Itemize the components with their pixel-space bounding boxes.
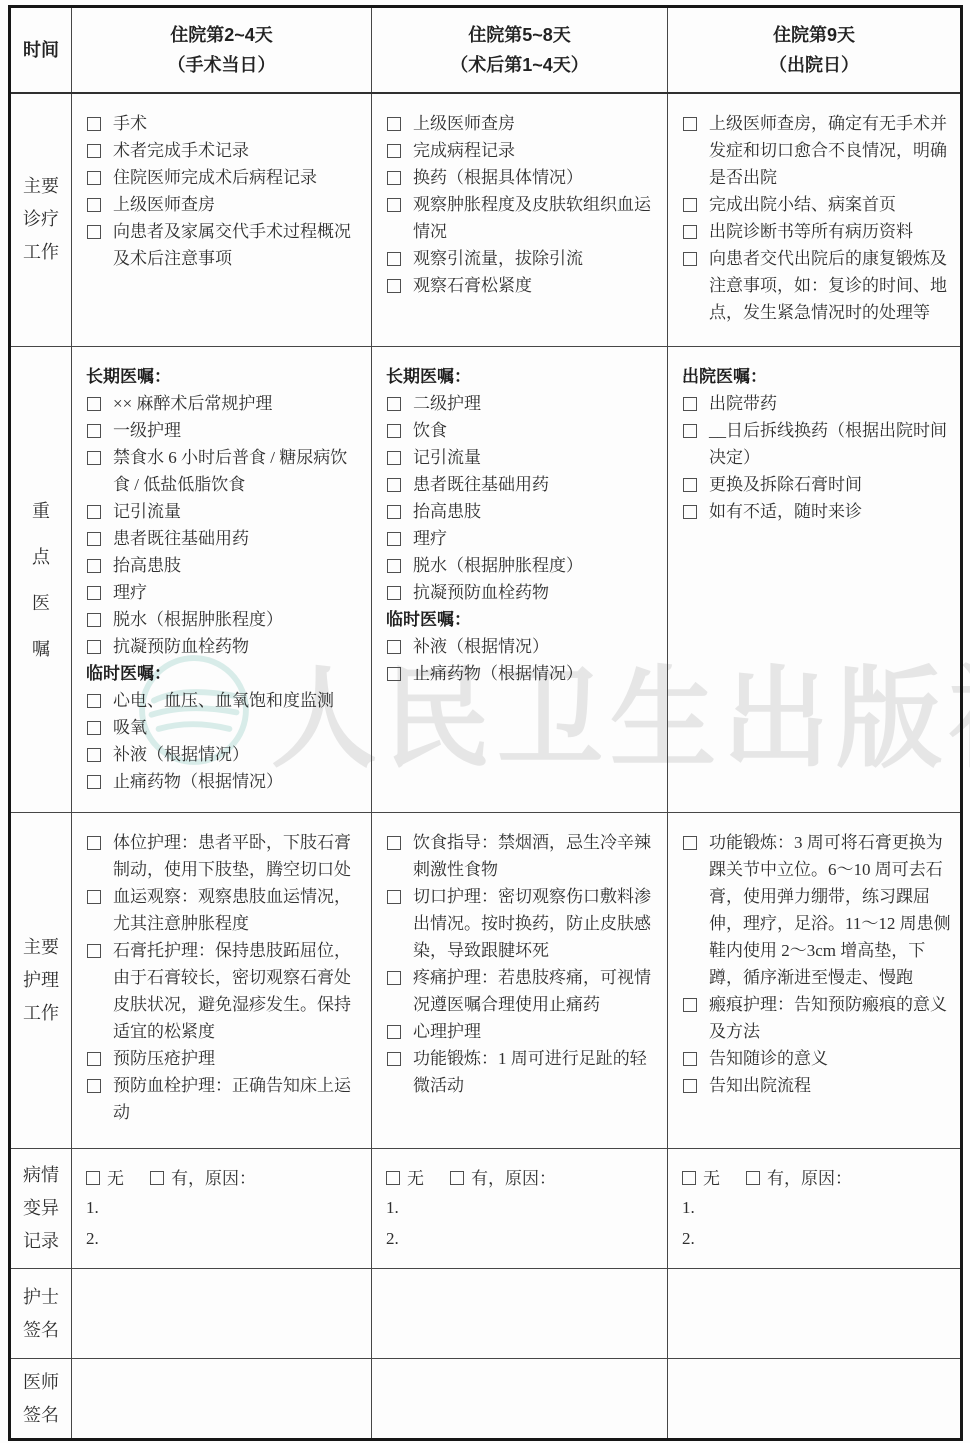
item-text: 脱水（根据肿胀程度） — [113, 610, 283, 629]
checkbox-icon — [87, 451, 101, 465]
checklist-item: 抗凝预防血栓药物 — [86, 633, 363, 660]
checkbox-icon — [387, 198, 401, 212]
checkbox-icon — [87, 640, 101, 654]
checklist-item: 饮食指导：禁烟酒，忌生冷辛辣刺激性食物 — [386, 829, 659, 883]
checkbox-icon — [387, 1052, 401, 1066]
numbered-line: 2. — [682, 1223, 952, 1254]
cell-variation-day5-8: 无有，原因：1.2. — [372, 1149, 667, 1260]
checkbox-icon — [87, 836, 101, 850]
item-text: 上级医师查房，确定有无手术并发症和切口愈合不良情况，明确是否出院 — [709, 114, 947, 187]
checklist-item: 抗凝预防血栓药物 — [386, 579, 659, 606]
checklist-item: 禁食水 6 小时后普食 / 糖尿病饮食 / 低盐低脂饮食 — [86, 444, 363, 498]
checklist-item: 石膏托护理：保持患肢跖屈位，由于石膏较长，密切观察石膏处皮肤状况，避免湿疹发生。… — [86, 937, 363, 1045]
variation-option: 有，原因： — [746, 1169, 852, 1188]
checklist-item: 向患者交代出院后的康复锻炼及注意事项，如：复诊的时间、地点，发生紧急情况时的处理… — [682, 245, 952, 326]
checkbox-icon — [387, 890, 401, 904]
item-text: 完成病程记录 — [413, 141, 515, 160]
item-text: 更换及拆除石膏时间 — [709, 475, 862, 494]
checklist-item: 上级医师查房 — [86, 191, 363, 218]
checklist-item: 饮食 — [386, 417, 659, 444]
checklist-item: 功能锻炼：1 周可进行足趾的轻微活动 — [386, 1045, 659, 1099]
item-text: 预防压疮护理 — [113, 1049, 215, 1068]
checkbox-icon — [683, 225, 697, 239]
variation-option: 无 — [682, 1169, 720, 1188]
checklist-item: 术者完成手术记录 — [86, 137, 363, 164]
item-text: 无 — [407, 1169, 424, 1188]
row-label-main-treatment: 主要 诊疗 工作 — [10, 93, 72, 347]
checkbox-icon — [683, 478, 697, 492]
checklist-item: 切口护理：密切观察伤口敷料渗出情况。按时换药，防止皮肤感染，导致跟腱坏死 — [386, 883, 659, 964]
numbered-line: 1. — [386, 1192, 659, 1223]
checkbox-icon — [87, 748, 101, 762]
checkbox-icon — [683, 252, 697, 266]
checklist-item: 心理护理 — [386, 1018, 659, 1045]
checkbox-icon — [683, 1079, 697, 1093]
item-text: 饮食 — [413, 421, 447, 440]
checklist-item: 体位护理：患者平卧，下肢石膏制动，使用下肢垫，腾空切口处 — [86, 829, 363, 883]
header-cell-day9: 住院第9天 （出院日） — [668, 7, 962, 93]
checklist-item: 手术 — [86, 110, 363, 137]
header-cell-day2-4: 住院第2~4天 （手术当日） — [72, 7, 372, 93]
checkbox-icon — [87, 694, 101, 708]
cell-variation-day2-4: 无有，原因：1.2. — [72, 1149, 371, 1260]
item-text: 上级医师查房 — [413, 114, 515, 133]
checklist-item: ×× 麻醉术后常规护理 — [86, 390, 363, 417]
checkbox-icon — [683, 836, 697, 850]
item-text: 患者既往基础用药 — [413, 475, 549, 494]
item-text: 二级护理 — [413, 394, 481, 413]
checklist-item: 一级护理 — [86, 417, 363, 444]
item-text: 瘢痕护理：告知预防瘢痕的意义及方法 — [709, 995, 947, 1041]
checklist-item: 补液（根据情况） — [386, 633, 659, 660]
clinical-pathway-table: 时间 住院第2~4天 （手术当日） 住院第5~8天 （术后第1~4天） 住院第9… — [8, 5, 963, 1441]
checkbox-icon — [87, 225, 101, 239]
checkbox-icon — [387, 836, 401, 850]
cell-doctor-sign-day2-4 — [72, 1359, 371, 1381]
checkbox-icon — [87, 1052, 101, 1066]
checkbox-icon — [87, 532, 101, 546]
numbered-line: 1. — [682, 1192, 952, 1223]
row-key-orders: 重 点 医 嘱 长期医嘱：×× 麻醉术后常规护理一级护理禁食水 6 小时后普食 … — [10, 347, 962, 813]
checkbox-icon — [386, 1171, 400, 1185]
checklist-item: 记引流量 — [86, 498, 363, 525]
checkbox-icon — [683, 198, 697, 212]
checkbox-icon — [87, 198, 101, 212]
item-text: 完成出院小结、病案首页 — [709, 195, 896, 214]
item-text: 抬高患肢 — [413, 502, 481, 521]
checkbox-icon — [746, 1171, 760, 1185]
checklist-item: 止痛药物（根据情况） — [386, 660, 659, 687]
checklist-item: 更换及拆除石膏时间 — [682, 471, 952, 498]
cell-nursing-day9: 功能锻炼：3 周可将石膏更换为踝关节中立位。6～10 周可去石膏，使用弹力绷带，… — [668, 813, 960, 1105]
checkbox-icon — [150, 1171, 164, 1185]
order-section-heading: 出院医嘱： — [682, 363, 952, 390]
header-cell-day5-8: 住院第5~8天 （术后第1~4天） — [372, 7, 668, 93]
checklist-item: 疼痛护理：若患肢疼痛，可视情况遵医嘱合理使用止痛药 — [386, 964, 659, 1018]
checklist-item: 完成病程记录 — [386, 137, 659, 164]
checkbox-icon — [387, 505, 401, 519]
checkbox-icon — [87, 505, 101, 519]
row-label-nurse-signature: 护士 签名 — [10, 1269, 72, 1359]
checklist-item: 止痛药物（根据情况） — [86, 768, 363, 795]
item-text: 住院医师完成术后病程记录 — [113, 168, 317, 187]
row-label-main-nursing: 主要 护理 工作 — [10, 813, 72, 1149]
cell-nursing-day2-4: 体位护理：患者平卧，下肢石膏制动，使用下肢垫，腾空切口处血运观察：观察患肢血运情… — [72, 813, 371, 1132]
item-text: 出院诊断书等所有病历资料 — [709, 222, 913, 241]
variation-option: 有，原因： — [450, 1169, 556, 1188]
item-text: 上级医师查房 — [113, 195, 215, 214]
row-main-treatment: 主要 诊疗 工作 手术术者完成手术记录住院医师完成术后病程记录上级医师查房向患者… — [10, 93, 962, 347]
item-text: 止痛药物（根据情况） — [113, 772, 283, 791]
checklist-item: 向患者及家属交代手术过程概况及术后注意事项 — [86, 218, 363, 272]
variation-option: 无 — [386, 1169, 424, 1188]
cell-orders-day5-8: 长期医嘱：二级护理饮食记引流量患者既往基础用药抬高患肢理疗脱水（根据肿胀程度）抗… — [372, 347, 667, 693]
checkbox-icon — [387, 424, 401, 438]
variation-options: 无有，原因： — [86, 1165, 363, 1192]
checklist-item: 患者既往基础用药 — [86, 525, 363, 552]
item-text: 止痛药物（根据情况） — [413, 664, 583, 683]
item-text: 记引流量 — [413, 448, 481, 467]
item-text: 心理护理 — [413, 1022, 481, 1041]
item-text: 告知出院流程 — [709, 1076, 811, 1095]
item-text: 出院带药 — [709, 394, 777, 413]
cell-doctor-sign-day9 — [668, 1359, 960, 1381]
checklist-item: 抬高患肢 — [86, 552, 363, 579]
row-label-variation-record: 病情 变异 记录 — [10, 1149, 72, 1269]
checkbox-icon — [387, 252, 401, 266]
checklist-item: 出院带药 — [682, 390, 952, 417]
item-text: 补液（根据情况） — [113, 745, 249, 764]
checklist-item: 出院诊断书等所有病历资料 — [682, 218, 952, 245]
checklist-item: 住院医师完成术后病程记录 — [86, 164, 363, 191]
item-text: 吸氧 — [113, 718, 147, 737]
order-section-heading: 长期医嘱： — [86, 363, 363, 390]
checkbox-icon — [387, 586, 401, 600]
checklist-item: 记引流量 — [386, 444, 659, 471]
checkbox-icon — [683, 505, 697, 519]
item-text: 理疗 — [413, 529, 447, 548]
item-text: 抗凝预防血栓药物 — [113, 637, 249, 656]
item-text: 饮食指导：禁烟酒，忌生冷辛辣刺激性食物 — [413, 833, 651, 879]
item-text: 禁食水 6 小时后普食 / 糖尿病饮食 / 低盐低脂饮食 — [113, 448, 347, 494]
item-text: 疼痛护理：若患肢疼痛，可视情况遵医嘱合理使用止痛药 — [413, 968, 651, 1014]
item-text: 术者完成手术记录 — [113, 141, 249, 160]
checkbox-icon — [683, 117, 697, 131]
variation-options: 无有，原因： — [386, 1165, 659, 1192]
checkbox-icon — [387, 532, 401, 546]
row-label-doctor-signature: 医师 签名 — [10, 1359, 72, 1440]
checklist-item: 预防压疮护理 — [86, 1045, 363, 1072]
checklist-item: 功能锻炼：3 周可将石膏更换为踝关节中立位。6～10 周可去石膏，使用弹力绷带，… — [682, 829, 952, 991]
item-text: 抬高患肢 — [113, 556, 181, 575]
item-text: 换药（根据具体情况） — [413, 168, 583, 187]
checklist-item: 吸氧 — [86, 714, 363, 741]
item-text: 记引流量 — [113, 502, 181, 521]
item-text: 有，原因： — [471, 1169, 556, 1188]
checkbox-icon — [87, 586, 101, 600]
checkbox-icon — [87, 1079, 101, 1093]
order-section-heading: 临时医嘱： — [86, 660, 363, 687]
item-text: 手术 — [113, 114, 147, 133]
item-text: 一级护理 — [113, 421, 181, 440]
checkbox-icon — [387, 171, 401, 185]
clinical-pathway-sheet: 人民卫生出版社 时间 住院第2~4天 （手术当日） 住院第5~8天 （术后第1~… — [0, 0, 970, 1443]
checklist-item: 补液（根据情况） — [86, 741, 363, 768]
checkbox-icon — [387, 144, 401, 158]
checkbox-icon — [387, 451, 401, 465]
checkbox-icon — [387, 478, 401, 492]
checklist-item: 理疗 — [386, 525, 659, 552]
checkbox-icon — [683, 424, 697, 438]
cell-nursing-day5-8: 饮食指导：禁烟酒，忌生冷辛辣刺激性食物切口护理：密切观察伤口敷料渗出情况。按时换… — [372, 813, 667, 1105]
row-variation-record: 病情 变异 记录 无有，原因：1.2. 无有，原因：1.2. 无有，原因：1.2… — [10, 1149, 962, 1269]
checklist-item: 如有不适，随时来诊 — [682, 498, 952, 525]
numbered-line: 2. — [86, 1223, 363, 1254]
checklist-item: 预防血栓护理：正确告知床上运动 — [86, 1072, 363, 1126]
item-text: 无 — [703, 1169, 720, 1188]
item-text: ×× 麻醉术后常规护理 — [113, 394, 272, 413]
row-label-key-orders: 重 点 医 嘱 — [10, 347, 72, 813]
checklist-item: 告知出院流程 — [682, 1072, 952, 1099]
checkbox-icon — [87, 117, 101, 131]
checklist-item: 抬高患肢 — [386, 498, 659, 525]
cell-variation-day9: 无有，原因：1.2. — [668, 1149, 960, 1260]
cell-treatment-day2-4: 手术术者完成手术记录住院医师完成术后病程记录上级医师查房向患者及家属交代手术过程… — [72, 94, 371, 278]
order-section-heading: 临时医嘱： — [386, 606, 659, 633]
checkbox-icon — [87, 890, 101, 904]
checklist-item: 观察肿胀程度及皮肤软组织血运情况 — [386, 191, 659, 245]
item-text: 无 — [107, 1169, 124, 1188]
cell-nurse-sign-day9 — [668, 1269, 960, 1291]
checklist-item: 完成出院小结、病案首页 — [682, 191, 952, 218]
item-text: 向患者交代出院后的康复锻炼及注意事项，如：复诊的时间、地点，发生紧急情况时的处理… — [709, 249, 947, 322]
checkbox-icon — [86, 1171, 100, 1185]
cell-orders-day9: 出院医嘱：出院带药__日后拆线换药（根据出院时间决定）更换及拆除石膏时间如有不适… — [668, 347, 960, 531]
item-text: 观察石膏松紧度 — [413, 276, 532, 295]
cell-treatment-day5-8: 上级医师查房完成病程记录换药（根据具体情况）观察肿胀程度及皮肤软组织血运情况观察… — [372, 94, 667, 305]
item-text: 抗凝预防血栓药物 — [413, 583, 549, 602]
item-text: 理疗 — [113, 583, 147, 602]
item-text: 功能锻炼：1 周可进行足趾的轻微活动 — [413, 1049, 647, 1095]
checklist-item: 脱水（根据肿胀程度） — [86, 606, 363, 633]
checkbox-icon — [387, 1025, 401, 1039]
checkbox-icon — [683, 397, 697, 411]
item-text: 患者既往基础用药 — [113, 529, 249, 548]
item-text: 切口护理：密切观察伤口敷料渗出情况。按时换药，防止皮肤感染，导致跟腱坏死 — [413, 887, 651, 960]
cell-orders-day2-4: 长期医嘱：×× 麻醉术后常规护理一级护理禁食水 6 小时后普食 / 糖尿病饮食 … — [72, 347, 371, 801]
order-section-heading: 长期医嘱： — [386, 363, 659, 390]
item-text: 预防血栓护理：正确告知床上运动 — [113, 1076, 351, 1122]
checklist-item: 理疗 — [86, 579, 363, 606]
item-text: 脱水（根据肿胀程度） — [413, 556, 583, 575]
checkbox-icon — [87, 721, 101, 735]
item-text: 补液（根据情况） — [413, 637, 549, 656]
checklist-item: 告知随诊的意义 — [682, 1045, 952, 1072]
item-text: 有，原因： — [171, 1169, 256, 1188]
item-text: 石膏托护理：保持患肢跖屈位，由于石膏较长，密切观察石膏处皮肤状况，避免湿疹发生。… — [113, 941, 351, 1041]
checkbox-icon — [387, 640, 401, 654]
checklist-item: __日后拆线换药（根据出院时间决定） — [682, 417, 952, 471]
item-text: 如有不适，随时来诊 — [709, 502, 862, 521]
checklist-item: 观察引流量，拔除引流 — [386, 245, 659, 272]
checklist-item: 换药（根据具体情况） — [386, 164, 659, 191]
cell-nurse-sign-day5-8 — [372, 1269, 667, 1291]
checkbox-icon — [87, 559, 101, 573]
checkbox-icon — [450, 1171, 464, 1185]
checklist-item: 上级医师查房 — [386, 110, 659, 137]
checkbox-icon — [387, 667, 401, 681]
numbered-line: 2. — [386, 1223, 659, 1254]
checklist-item: 脱水（根据肿胀程度） — [386, 552, 659, 579]
checkbox-icon — [87, 775, 101, 789]
variation-options: 无有，原因： — [682, 1165, 952, 1192]
variation-option: 有，原因： — [150, 1169, 256, 1188]
checklist-item: 上级医师查房，确定有无手术并发症和切口愈合不良情况，明确是否出院 — [682, 110, 952, 191]
checkbox-icon — [87, 424, 101, 438]
checkbox-icon — [683, 998, 697, 1012]
item-text: __日后拆线换药（根据出院时间决定） — [709, 421, 947, 467]
cell-treatment-day9: 上级医师查房，确定有无手术并发症和切口愈合不良情况，明确是否出院完成出院小结、病… — [668, 94, 960, 332]
checkbox-icon — [87, 144, 101, 158]
checkbox-icon — [682, 1171, 696, 1185]
header-row: 时间 住院第2~4天 （手术当日） 住院第5~8天 （术后第1~4天） 住院第9… — [10, 7, 962, 93]
checklist-item: 观察石膏松紧度 — [386, 272, 659, 299]
checkbox-icon — [387, 559, 401, 573]
cell-doctor-sign-day5-8 — [372, 1359, 667, 1381]
checkbox-icon — [87, 613, 101, 627]
checklist-item: 血运观察：观察患肢血运情况，尤其注意肿胀程度 — [86, 883, 363, 937]
row-nurse-signature: 护士 签名 — [10, 1269, 962, 1359]
checkbox-icon — [387, 397, 401, 411]
checkbox-icon — [387, 971, 401, 985]
header-cell-time: 时间 — [10, 7, 72, 93]
checkbox-icon — [683, 1052, 697, 1066]
checklist-item: 瘢痕护理：告知预防瘢痕的意义及方法 — [682, 991, 952, 1045]
checklist-item: 心电、血压、血氧饱和度监测 — [86, 687, 363, 714]
item-text: 体位护理：患者平卧，下肢石膏制动，使用下肢垫，腾空切口处 — [113, 833, 351, 879]
numbered-line: 1. — [86, 1192, 363, 1223]
row-main-nursing: 主要 护理 工作 体位护理：患者平卧，下肢石膏制动，使用下肢垫，腾空切口处血运观… — [10, 813, 962, 1149]
item-text: 功能锻炼：3 周可将石膏更换为踝关节中立位。6～10 周可去石膏，使用弹力绷带，… — [709, 833, 951, 987]
checkbox-icon — [87, 944, 101, 958]
checkbox-icon — [387, 279, 401, 293]
row-doctor-signature: 医师 签名 — [10, 1359, 962, 1440]
cell-nurse-sign-day2-4 — [72, 1269, 371, 1291]
checkbox-icon — [387, 117, 401, 131]
checklist-item: 患者既往基础用药 — [386, 471, 659, 498]
item-text: 观察引流量，拔除引流 — [413, 249, 583, 268]
checklist-item: 二级护理 — [386, 390, 659, 417]
item-text: 心电、血压、血氧饱和度监测 — [113, 691, 334, 710]
item-text: 血运观察：观察患肢血运情况，尤其注意肿胀程度 — [113, 887, 351, 933]
item-text: 有，原因： — [767, 1169, 852, 1188]
item-text: 向患者及家属交代手术过程概况及术后注意事项 — [113, 222, 351, 268]
item-text: 告知随诊的意义 — [709, 1049, 828, 1068]
item-text: 观察肿胀程度及皮肤软组织血运情况 — [413, 195, 651, 241]
checkbox-icon — [87, 397, 101, 411]
variation-option: 无 — [86, 1169, 124, 1188]
checkbox-icon — [87, 171, 101, 185]
